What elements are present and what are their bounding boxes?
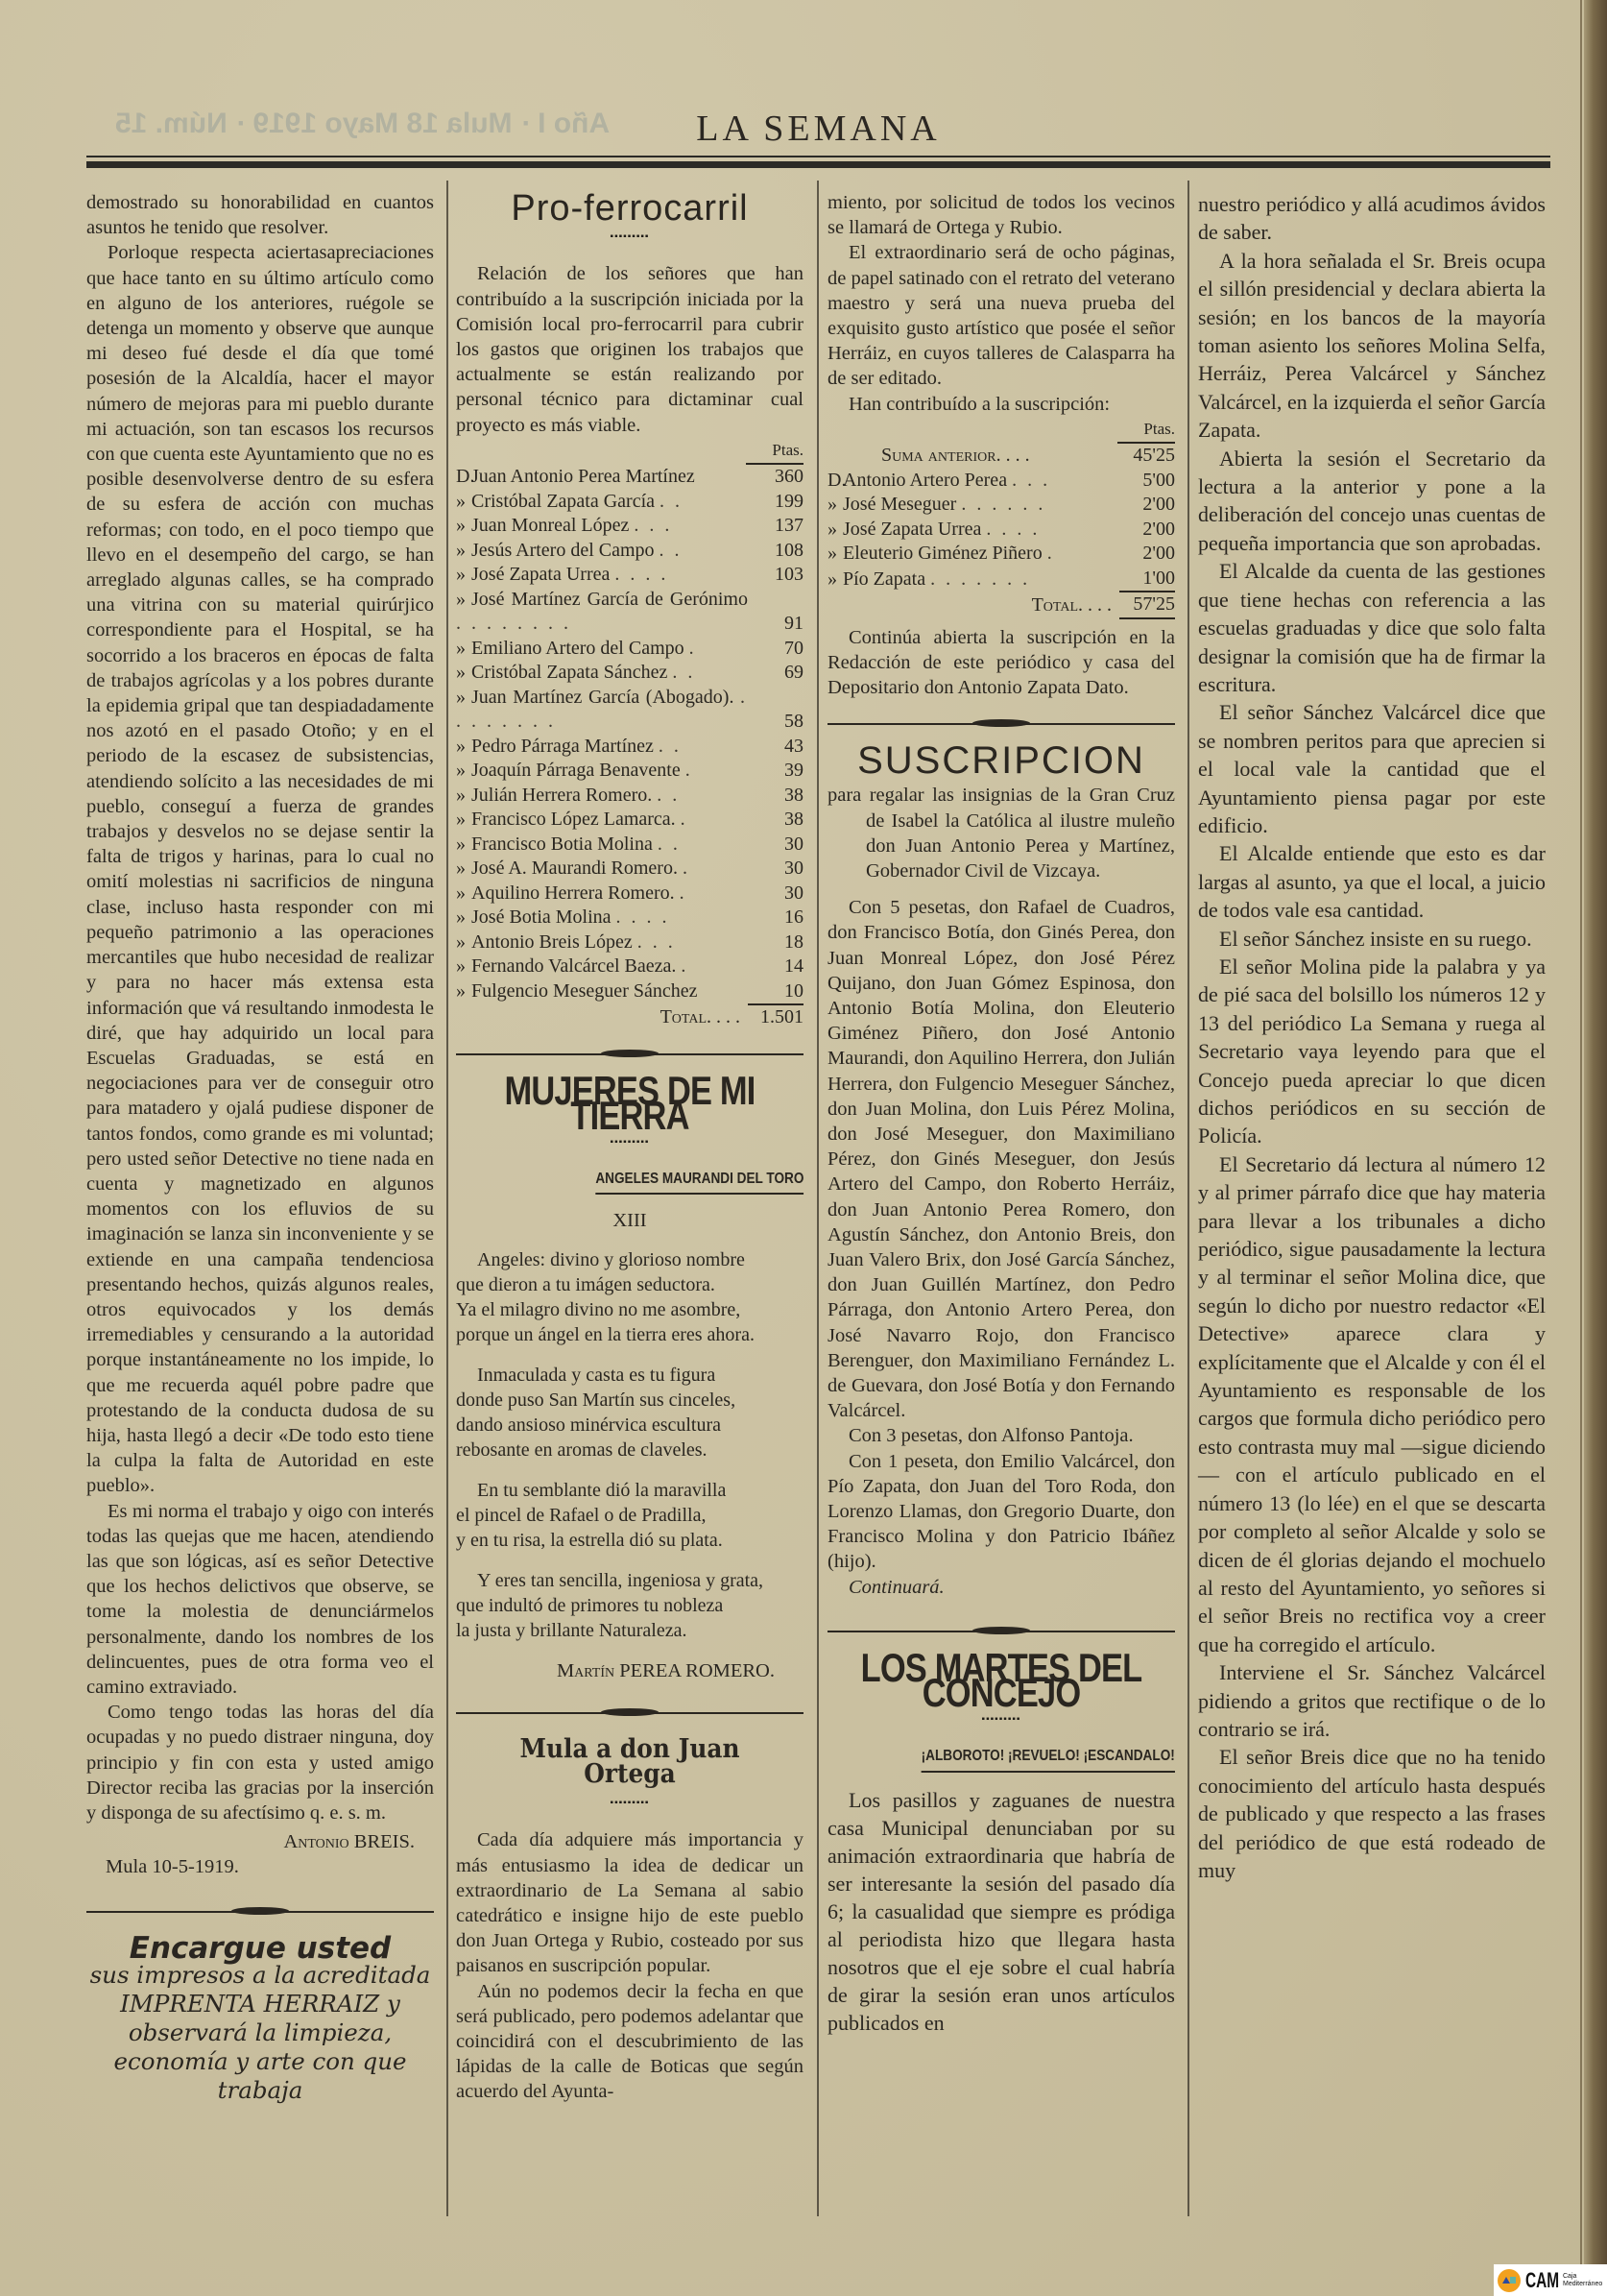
poem-line: rebosante en aromas de claveles. <box>456 1438 803 1462</box>
title-separator: ▪▪▪▪▪▪▪▪▪ <box>456 225 803 250</box>
poem-stanza: Y eres tan sencilla, ingeniosa y grata,q… <box>456 1568 803 1643</box>
contribution-amount: 30 <box>748 882 803 906</box>
table-row: »Joaquín Párraga Benavente .39 <box>456 759 803 784</box>
dot-leader: . . . . <box>614 564 668 585</box>
paragraph: Cada día adquiere más importancia y más … <box>456 1827 803 1978</box>
cam-logo-icon <box>1498 2269 1521 2292</box>
table-row: »Pío Zapata . . . . . . .1'00 <box>827 567 1175 592</box>
table-row: »Cristóbal Zapata García . .199 <box>456 490 803 515</box>
poem-line: dando ansioso minérvica escultura <box>456 1413 803 1438</box>
poem-line: Angeles: divino y glorioso nombre <box>456 1247 803 1272</box>
contribution-amount: 58 <box>748 686 803 735</box>
contribution-amount: 30 <box>748 833 803 858</box>
poem: Angeles: divino y glorioso nombreque die… <box>456 1247 803 1643</box>
paragraph: Con 5 pesetas, don Rafael de Cuadros, do… <box>827 895 1175 1423</box>
dot-leader: . <box>681 955 688 977</box>
dot-leader: . . . <box>1012 470 1050 491</box>
table-row: »Aquilino Herrera Romero. .30 <box>456 882 803 906</box>
row-prefix: » <box>456 784 471 809</box>
poem-line: En tu semblante dió la maravilla <box>456 1478 803 1503</box>
contribution-amount: 43 <box>748 735 803 760</box>
row-prefix: D. <box>456 465 471 490</box>
paragraph: El señor Molina pide la palabra y ya de … <box>1198 953 1546 1150</box>
contributor-name: José A. Maurandi Romero. <box>471 858 678 879</box>
article-title-mujeres: MUJERES DE MI TIERRA <box>488 1078 773 1128</box>
contributor-name: Francisco López Lamarca. <box>471 809 676 830</box>
contribution-amount: 91 <box>748 588 803 637</box>
contributor-name: Juan Antonio Perea Martínez <box>471 466 695 487</box>
contribution-amount: 137 <box>748 514 803 539</box>
dot-leader: . <box>683 858 690 879</box>
ornament-divider <box>86 1903 434 1921</box>
article-title-suscripcion: SUSCRIPCION <box>827 748 1175 773</box>
article-title-martes: LOS MARTES DEL CONCEJO <box>859 1656 1144 1705</box>
row-prefix: » <box>456 955 471 979</box>
paragraph: Como tengo todas las horas del día ocupa… <box>86 1700 434 1825</box>
paragraph: El señor Sánchez insiste en su ruego. <box>1198 925 1546 953</box>
paragraph: nuestro periódico y allá acudimos ávidos… <box>1198 190 1546 247</box>
row-prefix: » <box>456 588 471 613</box>
column-rule <box>446 181 448 2216</box>
column-2: Pro-ferrocarril ▪▪▪▪▪▪▪▪▪ Relación de lo… <box>456 190 803 2105</box>
dot-leader: . . <box>658 834 681 855</box>
row-prefix: » <box>456 808 471 833</box>
table-row: »Cristóbal Zapata Sánchez . .69 <box>456 661 803 686</box>
contribution-amount: 18 <box>748 930 803 955</box>
paragraph: Con 3 pesetas, don Alfonso Pantoja. <box>827 1423 1175 1448</box>
poem-line: donde puso San Martín sus cinceles, <box>456 1388 803 1413</box>
contributions-table: D.Juan Antonio Perea Martínez 360»Cristó… <box>456 465 803 1003</box>
table-row: D.Antonio Artero Perea . . .5'00 <box>827 469 1175 494</box>
poem-line: que indultó de primores tu nobleza <box>456 1593 803 1618</box>
table-row: »Fernando Valcárcel Baeza. .14 <box>456 955 803 979</box>
contribution-amount: 360 <box>748 465 803 490</box>
total-amount: 57'25 <box>1119 592 1175 618</box>
table-row: »José Zapata Urrea . . . .2'00 <box>827 518 1175 543</box>
row-prefix: » <box>456 735 471 760</box>
paragraph: Continúa abierta la suscripción en la Re… <box>827 625 1175 701</box>
row-prefix: » <box>827 542 843 567</box>
paragraph: El Secretario dá lectura al número 12 y … <box>1198 1150 1546 1658</box>
dot-leader: . . <box>657 785 680 806</box>
article-title-proferrocarril: Pro-ferrocarril <box>456 196 803 221</box>
contributor-name: Cristóbal Zapata Sánchez <box>471 662 667 683</box>
contributor-name: Fulgencio Meseguer Sánchez <box>471 980 697 1002</box>
contributor-name: José Zapata Urrea <box>843 519 981 540</box>
dot-leader: . <box>680 882 687 904</box>
table-row: »José Botia Molina . . . .16 <box>456 906 803 930</box>
row-prefix: D. <box>827 469 843 494</box>
total-label: Total. . . . <box>456 1004 748 1030</box>
contribution-amount: 199 <box>748 490 803 515</box>
contribution-amount: 1'00 <box>1119 567 1175 592</box>
ornament-divider <box>827 715 1175 733</box>
contributions-total: Total. . . . 1.501 <box>456 1003 803 1030</box>
table-row: »Emiliano Artero del Campo .70 <box>456 637 803 662</box>
ornament-divider <box>456 1046 803 1063</box>
paragraph: Han contribuído a la suscripción: <box>827 392 1175 417</box>
poem-line: el pincel de Rafael o de Pradilla, <box>456 1503 803 1528</box>
paragraph: Aún no podemos decir la fecha en que ser… <box>456 1979 803 2105</box>
newspaper-title: LA SEMANA <box>86 108 1550 150</box>
paragraph: El Alcalde entiende que esto es dar larg… <box>1198 839 1546 924</box>
page-spine-edge <box>1584 0 1607 2296</box>
contributor-name: Eleuterio Giménez Piñero <box>843 543 1043 564</box>
table-row: »José Zapata Urrea . . . .103 <box>456 563 803 588</box>
contributor-name: Cristóbal Zapata García <box>471 491 655 512</box>
previous-sum-label: Suma anterior. . . . <box>827 444 1119 469</box>
row-prefix: » <box>456 686 471 711</box>
row-prefix: » <box>827 518 843 543</box>
table-row: »Julián Herrera Romero. . .38 <box>456 784 803 809</box>
byline: ANGELES MAURANDI DEL TORO <box>595 1167 803 1195</box>
column-4-martes-continued: nuestro periódico y allá acudimos ávidos… <box>1198 190 1546 1884</box>
dot-leader: . . . . . . . <box>930 568 1030 590</box>
dot-leader: . . <box>659 736 682 757</box>
table-row: »Eleuterio Giménez Piñero .2'00 <box>827 542 1175 567</box>
ornament-divider <box>827 1623 1175 1640</box>
contribution-amount: 30 <box>748 857 803 882</box>
dot-leader: . <box>685 760 693 781</box>
contributor-name: Joaquín Párraga Benavente <box>471 760 681 781</box>
table-row: »Fulgencio Meseguer Sánchez 10 <box>456 979 803 1004</box>
row-prefix: » <box>456 514 471 539</box>
contributor-name: Aquilino Herrera Romero. <box>471 882 675 904</box>
dot-leader: . . . . . . . . <box>456 613 571 634</box>
dot-leader: . <box>1047 543 1055 564</box>
previous-sum-amount: 45'25 <box>1119 444 1175 469</box>
row-prefix: » <box>456 759 471 784</box>
table-row: »Pedro Párraga Martínez . .43 <box>456 735 803 760</box>
masthead-rule <box>86 156 1550 168</box>
poem-stanza: Angeles: divino y glorioso nombreque die… <box>456 1247 803 1347</box>
dot-leader: . . . <box>634 515 672 536</box>
ad-title: Encargue usted <box>86 1936 434 1961</box>
poem-stanza: Inmaculada y casta es tu figuradonde pus… <box>456 1363 803 1462</box>
contributor-name: Julián Herrera Romero. <box>471 785 652 806</box>
paragraph: Relación de los señores que han contribu… <box>456 261 803 437</box>
table-row: »José Meseguer . . . . . .2'00 <box>827 493 1175 518</box>
continued-note: Continuará. <box>827 1575 1175 1600</box>
dot-leader: . . <box>660 540 683 561</box>
dot-leader: . . <box>660 491 683 512</box>
table-row: »José A. Maurandi Romero. .30 <box>456 857 803 882</box>
row-prefix: » <box>456 930 471 955</box>
contribution-amount: 2'00 <box>1119 493 1175 518</box>
ad-body: sus impresos a la acreditada IMPRENTA HE… <box>86 1961 434 2105</box>
table-row: »Francisco López Lamarca. .38 <box>456 808 803 833</box>
paragraph: Con 1 peseta, don Emilio Valcárcel, don … <box>827 1449 1175 1575</box>
contributor-name: Pío Zapata <box>843 568 925 590</box>
dot-leader: . . <box>672 662 695 683</box>
contributor-name: José Botia Molina <box>471 906 612 928</box>
poem-line: Ya el milagro divino no me asombre, <box>456 1297 803 1322</box>
paragraph: El extraordinario será de ocho páginas, … <box>827 240 1175 391</box>
column-rule <box>817 181 819 2216</box>
contribution-amount: 70 <box>748 637 803 662</box>
poem-line: Y eres tan sencilla, ingeniosa y grata, <box>456 1568 803 1593</box>
total-label: Total. . . . <box>827 592 1119 618</box>
table-row: »Antonio Breis López . . .18 <box>456 930 803 955</box>
row-prefix: » <box>456 661 471 686</box>
contributor-name: Juan Monreal López <box>471 515 629 536</box>
paragraph: Interviene el Sr. Sánchez Valcárcel pidi… <box>1198 1658 1546 1743</box>
row-prefix: » <box>456 857 471 882</box>
logo-subtitle: Caja Mediterráneo <box>1563 2273 1602 2288</box>
paragraph: miento, por solicitud de todos los vecin… <box>827 190 1175 240</box>
byline: ¡ALBOROTO! ¡REVUELO! ¡ESCANDALO! <box>922 1744 1175 1772</box>
row-prefix: » <box>456 882 471 906</box>
paragraph: El señor Breis dice que no ha tenido con… <box>1198 1743 1546 1884</box>
row-prefix: » <box>456 906 471 930</box>
contributor-name: Antonio Artero Perea <box>843 470 1007 491</box>
dateline: Mula 10-5-1919. <box>86 1854 434 1879</box>
ornament-divider <box>456 1704 803 1722</box>
table-row: »Jesús Artero del Campo . .108 <box>456 539 803 564</box>
column-3: miento, por solicitud de todos los vecin… <box>827 190 1175 2037</box>
contribution-amount: 103 <box>748 563 803 588</box>
poem-stanza: En tu semblante dió la maravillael pince… <box>456 1478 803 1553</box>
contributor-name: Pedro Párraga Martínez <box>471 736 654 757</box>
dot-leader: . <box>689 638 697 659</box>
paragraph: demostrado su honorabilidad en cuantos a… <box>86 190 434 240</box>
unit-header: Ptas. <box>746 438 803 465</box>
dot-leader: . . . . <box>616 906 670 928</box>
contribution-amount: 10 <box>748 979 803 1004</box>
page-spine-line <box>1580 0 1582 2296</box>
contributor-name: Jesús Artero del Campo <box>471 540 655 561</box>
paragraph: Porloque respecta aciertasapreciaciones … <box>86 240 434 1498</box>
row-prefix: » <box>456 979 471 1004</box>
contribution-amount: 108 <box>748 539 803 564</box>
ortega-contributions-table: Suma anterior. . . . 45'25 D.Antonio Art… <box>827 444 1175 619</box>
contributor-name: Fernando Valcárcel Baeza. <box>471 955 676 977</box>
paragraph: Los pasillos y zaguanes de nuestra casa … <box>827 1786 1175 2037</box>
poem-author: Martín PEREA ROMERO. <box>456 1658 803 1683</box>
row-prefix: » <box>827 493 843 518</box>
dot-leader: . . . . <box>986 519 1040 540</box>
poem-line: que dieron a tu imágen seductora. <box>456 1272 803 1297</box>
unit-header: Ptas. <box>1117 417 1175 444</box>
signature: Antonio BREIS. <box>86 1829 434 1854</box>
paragraph: El Alcalde da cuenta de las gestiones qu… <box>1198 557 1546 698</box>
dot-leader: . <box>681 809 688 830</box>
poem-line: la justa y brillante Naturaleza. <box>456 1618 803 1643</box>
contributor-name: Antonio Breis López <box>471 931 633 953</box>
contributor-name: Juan Martínez García (Abogado). <box>471 687 733 708</box>
row-prefix: » <box>456 833 471 858</box>
table-row: D.Juan Antonio Perea Martínez 360 <box>456 465 803 490</box>
poem-line: porque un ángel en la tierra eres ahora. <box>456 1322 803 1347</box>
paragraph: Abierta la sesión el Secretario da lectu… <box>1198 445 1546 558</box>
contribution-amount: 38 <box>748 808 803 833</box>
contributor-name: José Zapata Urrea <box>471 564 610 585</box>
row-prefix: » <box>456 637 471 662</box>
column-1-breis-letter: demostrado su honorabilidad en cuantos a… <box>86 190 434 2105</box>
poem-line: Inmaculada y casta es tu figura <box>456 1363 803 1388</box>
paragraph: A la hora señalada el Sr. Breis ocupa el… <box>1198 247 1546 445</box>
masthead: LA SEMANA <box>86 108 1550 168</box>
cam-watermark-logo: CAM Caja Mediterráneo <box>1494 2264 1607 2296</box>
table-row: »Juan Martínez García (Abogado). . . . .… <box>456 686 803 735</box>
table-row: »Juan Monreal López . . .137 <box>456 514 803 539</box>
contribution-amount: 14 <box>748 955 803 979</box>
paragraph: El señor Sánchez Valcárcel dice que se n… <box>1198 698 1546 839</box>
contribution-amount: 69 <box>748 661 803 686</box>
row-prefix: » <box>456 490 471 515</box>
table-row: »Francisco Botia Molina . .30 <box>456 833 803 858</box>
contribution-amount: 2'00 <box>1119 518 1175 543</box>
title-separator: ▪▪▪▪▪▪▪▪▪ <box>456 1791 803 1816</box>
row-prefix: » <box>827 568 843 592</box>
contribution-amount: 5'00 <box>1119 469 1175 494</box>
dot-leader: . . . <box>637 931 676 953</box>
table-row: »José Martínez García de Gerónimo . . . … <box>456 588 803 637</box>
poem-line: y en tu risa, la estrella dió su plata. <box>456 1528 803 1553</box>
contributor-name: José Meseguer <box>843 494 956 515</box>
contribution-amount: 39 <box>748 759 803 784</box>
contributor-name: Emiliano Artero del Campo <box>471 638 684 659</box>
row-prefix: » <box>456 539 471 564</box>
row-prefix: » <box>456 563 471 588</box>
total-amount: 1.501 <box>748 1004 803 1030</box>
paragraph: para regalar las insignias de la Gran Cr… <box>827 783 1175 883</box>
column-rule <box>1187 181 1189 2216</box>
contributor-name: Francisco Botia Molina <box>471 834 653 855</box>
article-title-mula: Mula a don Juan Ortega <box>469 1737 789 1787</box>
contributor-name: José Martínez García de Gerónimo <box>471 589 748 610</box>
poem-numeral: XIII <box>456 1208 803 1233</box>
dot-leader: . . . . . . <box>961 494 1045 515</box>
contribution-amount: 2'00 <box>1119 542 1175 567</box>
contribution-amount: 38 <box>748 784 803 809</box>
paragraph: Es mi norma el trabajo y oigo con interé… <box>86 1499 434 1701</box>
contribution-amount: 16 <box>748 906 803 930</box>
logo-brand: CAM <box>1525 2268 1548 2293</box>
